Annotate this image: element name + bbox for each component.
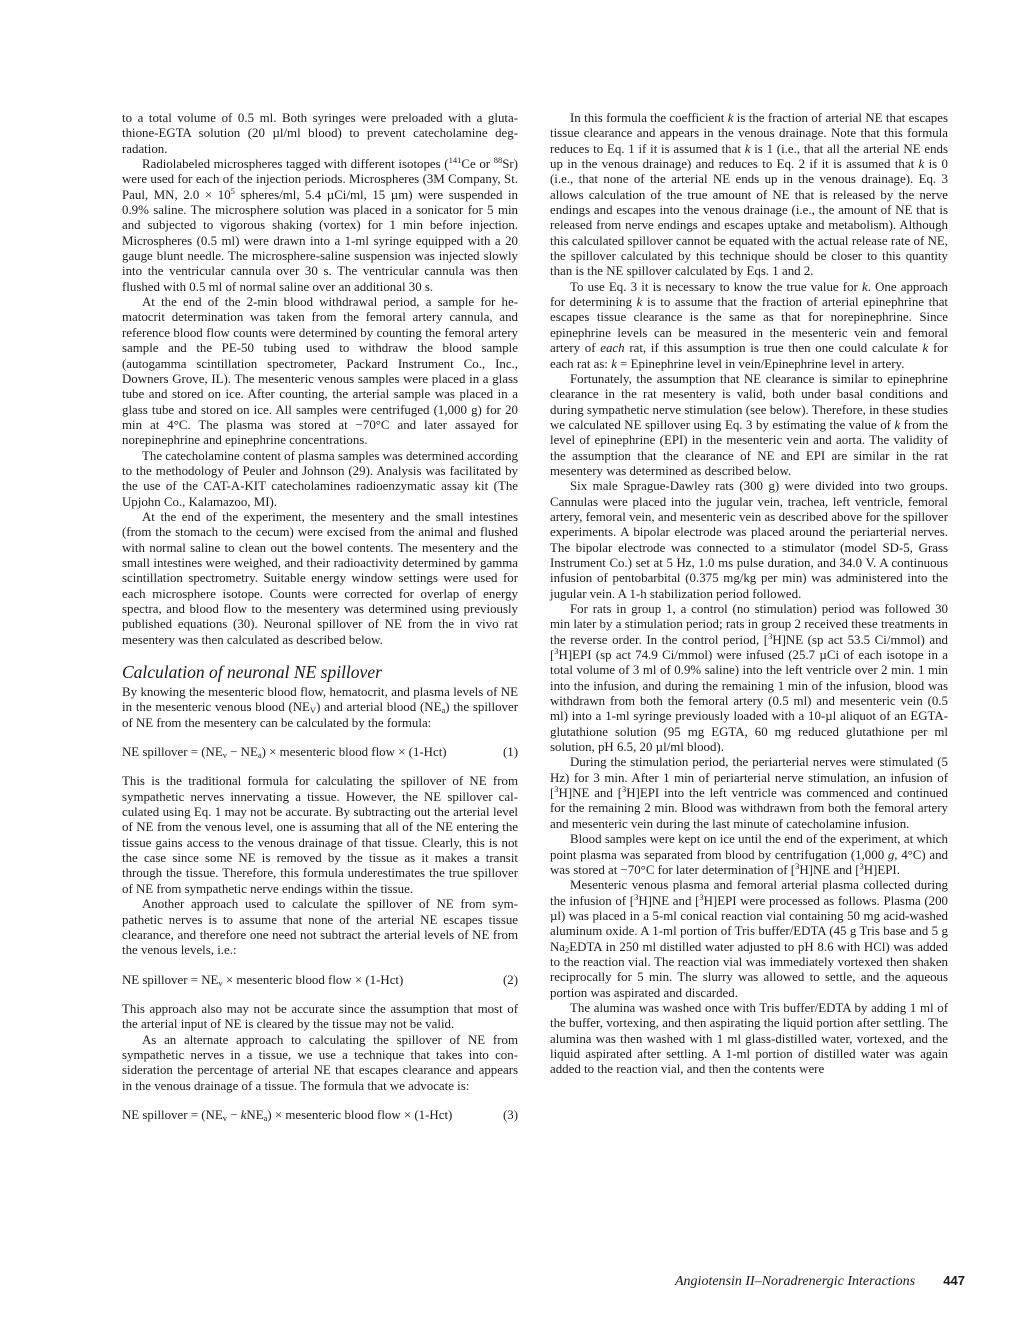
paragraph: By knowing the mesenteric blood flow, he…	[122, 685, 518, 731]
equation-body: NE spillover = (NEv − kNEa) × mesenteric…	[122, 1108, 452, 1123]
paragraph: To use Eq. 3 it is necessary to know the…	[550, 280, 948, 372]
paragraph: In this formula the coefficient k is the…	[550, 111, 948, 280]
equation-number: (3)	[503, 1108, 518, 1123]
equation-number: (1)	[503, 745, 518, 760]
paragraph: At the end of the 2-min blood withdrawal…	[122, 295, 518, 448]
journal-page: to a total volume of 0.5 ml. Both syring…	[0, 0, 1020, 1320]
equation-3: NE spillover = (NEv − kNEa) × mesenteric…	[122, 1108, 518, 1123]
paragraph: Blood samples were kept on ice until the…	[550, 832, 948, 878]
paragraph: This is the traditional formula for calc…	[122, 774, 518, 897]
right-column: In this formula the coefficient k is the…	[550, 111, 948, 1078]
paragraph: During the stimulation period, the peria…	[550, 755, 948, 832]
equation-1: NE spillover = (NEv − NEa) × mesenteric …	[122, 745, 518, 760]
section-heading: Calculation of neuronal NE spillover	[122, 662, 518, 682]
paragraph: Radiolabeled microspheres tagged with di…	[122, 157, 518, 295]
paragraph: Fortunately, the assumption that NE clea…	[550, 372, 948, 479]
paragraph: For rats in group 1, a control (no stimu…	[550, 602, 948, 755]
paragraph: Six male Sprague-Dawley rats (300 g) wer…	[550, 479, 948, 602]
paragraph: Another approach used to calculate the s…	[122, 897, 518, 958]
running-title: Angiotensin II–Noradrenergic Interaction…	[675, 1274, 915, 1290]
equation-2: NE spillover = NEv × mesenteric blood fl…	[122, 973, 518, 988]
paragraph: At the end of the experiment, the mesent…	[122, 510, 518, 648]
paragraph: to a total volume of 0.5 ml. Both syring…	[122, 111, 518, 157]
paragraph: Mesenteric venous plasma and femoral art…	[550, 878, 948, 1001]
paragraph: This approach also may not be accurate s…	[122, 1002, 518, 1033]
paragraph: As an alternate approach to calculating …	[122, 1033, 518, 1094]
equation-number: (2)	[503, 973, 518, 988]
page-footer: Angiotensin II–Noradrenergic Interaction…	[675, 1273, 965, 1290]
page-number: 447	[943, 1273, 965, 1288]
left-column: to a total volume of 0.5 ml. Both syring…	[122, 111, 518, 1137]
equation-body: NE spillover = NEv × mesenteric blood fl…	[122, 973, 403, 988]
paragraph: The alumina was washed once with Tris bu…	[550, 1001, 948, 1078]
paragraph: The catecholamine content of plasma samp…	[122, 449, 518, 510]
equation-body: NE spillover = (NEv − NEa) × mesenteric …	[122, 745, 447, 760]
